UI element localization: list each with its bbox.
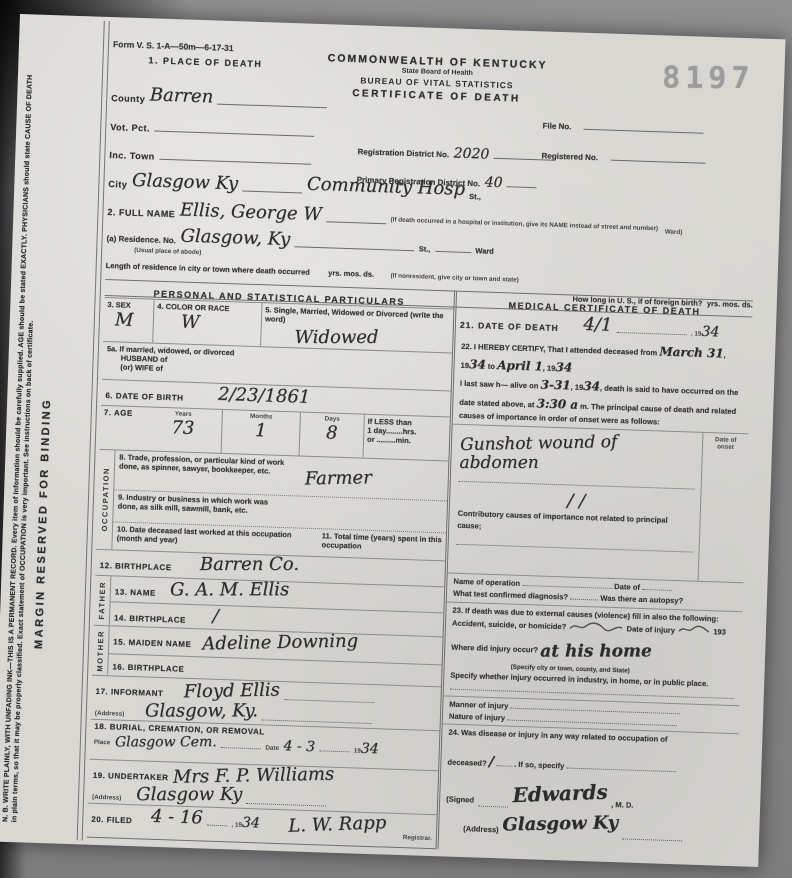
nature-label: Nature of injury xyxy=(449,711,505,722)
residence-line xyxy=(294,246,414,251)
birthplace-value: Barren Co. xyxy=(200,554,299,575)
autopsy-label: Was there an autopsy? xyxy=(600,593,683,605)
filed-year-printed: , 19 xyxy=(231,821,242,828)
father-birthplace-label: 14. BIRTHPLACE xyxy=(114,613,186,624)
industry-label: 9. Industry or business in which work wa… xyxy=(118,493,289,517)
mother-vertical-band: MOTHER xyxy=(92,626,110,676)
color-race-value: W xyxy=(181,312,259,336)
date-of-onset-column: Date of onset xyxy=(698,433,749,582)
inc-town-label: Inc. Town xyxy=(109,150,155,161)
signed-label: (Signed xyxy=(446,793,474,806)
physician-signature: Edwards xyxy=(512,776,608,810)
residence-st-label: St., xyxy=(419,244,431,253)
undertaker-address-dots xyxy=(246,803,326,807)
year19-c: , 19 xyxy=(570,383,583,392)
registration-district-label: Registration District No. xyxy=(357,147,449,159)
illegible-date-scribble xyxy=(677,624,712,641)
dob-label: 6. DATE OF BIRTH xyxy=(105,391,183,403)
age-months-cell: Months 1 xyxy=(222,410,301,456)
inc-town-line xyxy=(159,159,311,165)
accident-label: Accident, suicide, or homicide? xyxy=(452,619,567,632)
filed-date-value: 4 - 16 xyxy=(151,806,204,829)
inc-town-row: Inc. Town xyxy=(109,145,344,171)
trade-label: 8. Trade, profession, or particular kind… xyxy=(119,453,290,477)
ward-paren-label: Ward) xyxy=(665,228,683,236)
vot-pct-row: Vot. Pct. xyxy=(110,117,345,143)
sex-cell: 3. SEX M xyxy=(103,298,154,343)
registered-no-label: Registered No. xyxy=(541,151,598,162)
informant-address-value: Glasgow, Ky. xyxy=(145,700,258,721)
death-time-value: 3:30 a xyxy=(536,396,578,411)
where-label: Where did injury occur? xyxy=(451,643,538,655)
physician-address-label: (Address) xyxy=(463,823,499,836)
informant-dots xyxy=(284,699,374,703)
residence-value: Glasgow, Ky xyxy=(180,225,290,250)
color-race-label: 4. COLOR OR RACE xyxy=(157,302,258,314)
nature-dots xyxy=(507,719,677,726)
informant-address-dots xyxy=(262,719,372,724)
color-race-cell: 4. COLOR OR RACE W xyxy=(153,300,262,347)
attended-from-year: 34 xyxy=(469,357,486,372)
place-of-death-heading: 1. PLACE OF DEATH xyxy=(148,55,262,69)
file-no-label: File No. xyxy=(542,121,571,131)
burial-year-value: 34 xyxy=(361,741,379,758)
age-years-cell: Years 73 xyxy=(144,407,223,453)
attended-to-year: 34 xyxy=(555,360,572,375)
if-less-label-3: or .........min. xyxy=(367,435,446,447)
primary-district-line xyxy=(507,186,537,188)
q24-dots xyxy=(496,765,512,767)
mother-name-label: 15. MAIDEN NAME xyxy=(113,637,191,649)
form-header: Form V. S. 1-A—50m—6-17-31 1. PLACE OF D… xyxy=(105,39,761,300)
binding-margin: N. B. WRITE PLAINLY, WITH UNFADING INK—T… xyxy=(1,74,67,823)
date-injury-label: Date of injury xyxy=(626,625,675,636)
date-of-label: Date of xyxy=(614,582,640,592)
primary-district-label: Primary Registration District No. xyxy=(357,175,481,188)
operation-dots xyxy=(522,585,612,589)
manner-dots xyxy=(510,707,680,714)
mother-name-value: Adeline Downing xyxy=(202,630,358,654)
dob-value: 2/23/1861 xyxy=(218,384,311,408)
registration-district-row: Registration District No. 2020 xyxy=(357,141,554,165)
certify-block: 22. I HEREBY CERTIFY, That I attended de… xyxy=(453,334,752,435)
informant-address-label: (Address) xyxy=(95,710,125,718)
undertaker-address-value: Glasgow Ky xyxy=(136,784,242,805)
occupation-vertical-label: OCCUPATION xyxy=(100,467,111,532)
mother-vertical-label: MOTHER xyxy=(95,630,105,672)
primary-district-value: 40 xyxy=(484,175,502,192)
residence-label: (a) Residence. No. xyxy=(106,234,176,245)
trade-value: Farmer xyxy=(305,467,372,489)
personal-column: PERSONAL AND STATISTICAL PARTICULARS 3. … xyxy=(87,280,454,849)
marital-value: Widowed xyxy=(294,327,449,348)
last-saw-value: 3-31 xyxy=(540,378,570,393)
date-of-dots xyxy=(642,589,672,591)
full-name-label: 2. FULL NAME xyxy=(107,207,175,219)
age-days-value: 8 xyxy=(303,422,361,445)
margin-binding-title: MARGIN RESERVED FOR BINDING xyxy=(27,398,53,819)
father-name-value: G. A. M. Ellis xyxy=(170,579,289,600)
age-label: 7. AGE xyxy=(104,408,142,418)
dod-dots xyxy=(616,332,686,335)
yrs-mos-ds: yrs. mos. ds. xyxy=(328,268,374,279)
if-so-label: . If so, specify xyxy=(514,760,565,771)
filed-label: 20. FILED xyxy=(91,815,132,825)
external-causes-block: 23. If death was due to external causes … xyxy=(444,602,743,706)
q24-label2: deceased? xyxy=(447,757,487,767)
date-of-onset-label-2: onset xyxy=(703,443,748,451)
registration-district-value: 2020 xyxy=(453,145,489,162)
father-vertical-label: FATHER xyxy=(97,581,107,620)
if-less-cell: If LESS than 1 day........hrs. or ......… xyxy=(363,415,449,461)
registered-no-row: Registered No. xyxy=(541,145,751,170)
vot-pct-line xyxy=(154,131,314,137)
to-label: to xyxy=(488,361,495,370)
occupation-block: OCCUPATION 8. Trade, profession, or part… xyxy=(96,450,448,562)
informant-value: Floyd Ellis xyxy=(184,679,281,702)
if-so-dots xyxy=(566,767,676,772)
nonresident-note: (If nonresident, give city or town and s… xyxy=(390,272,519,283)
m-label: m. xyxy=(580,402,589,411)
manner-label: Manner of injury xyxy=(449,699,508,710)
form-number: Form V. S. 1-A—50m—6-17-31 xyxy=(113,39,234,53)
certify-lead: 22. I HEREBY CERTIFY, That I attended de… xyxy=(461,342,657,357)
file-no-line xyxy=(584,129,704,134)
marital-cell: 5. Single, Married, Widowed or Divorced … xyxy=(261,303,453,352)
q24-label: 24. Was disease or injury in any way rel… xyxy=(448,728,667,744)
certificate-stamp-number: 8197 xyxy=(662,61,754,97)
physician-address-dots xyxy=(622,839,682,842)
mother-birthplace-label: 16. BIRTHPLACE xyxy=(112,662,184,673)
cause-of-death-area: Date of onset Gunshot wound of abdomen /… xyxy=(448,425,749,584)
attended-from-value: March 31 xyxy=(659,344,724,360)
filed-year-value: 34 xyxy=(242,815,260,832)
last-saw-year: 34 xyxy=(583,379,600,394)
file-no-row: File No. xyxy=(542,115,752,140)
total-time-label: 11. Total time (years) spent in this occ… xyxy=(317,529,446,559)
last-saw-label: I last saw h— alive on xyxy=(460,379,539,391)
residence-ward-label: Ward xyxy=(475,246,494,256)
physician-address-value: Glasgow Ky xyxy=(503,809,619,839)
birthplace-label: 12. BIRTHPLACE xyxy=(100,561,172,572)
cause-dots-1 xyxy=(459,471,695,490)
full-name-value: Ellis, George W xyxy=(180,199,323,225)
certificate-paper: N. B. WRITE PLAINLY, WITH UNFADING INK—T… xyxy=(0,14,786,867)
age-months-value: 1 xyxy=(225,419,297,442)
last-worked-label: 10. Date deceased last worked at this oc… xyxy=(112,522,318,555)
undertaker-label: 19. UNDERTAKER xyxy=(93,771,169,783)
medical-column: MEDICAL CERTIFICATE OF DEATH 21. DATE OF… xyxy=(436,292,753,860)
filed-dots xyxy=(207,825,227,827)
county-line xyxy=(217,104,327,109)
informant-label: 17. INFORMANT xyxy=(95,687,163,698)
illegible-handwriting-scribble xyxy=(568,620,624,638)
attended-to-value: April 1 xyxy=(497,358,543,374)
undertaker-address-label: (Address) xyxy=(92,794,122,802)
city-value: Glasgow Ky xyxy=(132,170,239,195)
dod-value: 4/1 xyxy=(583,314,613,336)
test-dots xyxy=(570,598,598,600)
county-value: Barren xyxy=(149,84,213,107)
certificate-form: Form V. S. 1-A—50m—6-17-31 1. PLACE OF D… xyxy=(87,39,761,859)
q24-value: / xyxy=(489,754,495,770)
photograph-of-death-certificate: N. B. WRITE PLAINLY, WITH UNFADING INK—T… xyxy=(0,0,792,878)
dod-year-printed: , 19 xyxy=(691,330,702,337)
father-birthplace-value: / xyxy=(212,606,219,627)
dod-label: 21. DATE OF DEATH xyxy=(460,320,559,333)
cause-value-line1: Gunshot wound of xyxy=(460,431,696,456)
sex-value: M xyxy=(115,309,151,331)
injury-year-printed: 193 xyxy=(713,628,726,637)
county-label: County xyxy=(111,93,145,104)
form-body: PERSONAL AND STATISTICAL PARTICULARS 3. … xyxy=(87,279,753,859)
burial-place-value: Glasgow Cem. xyxy=(115,734,217,750)
burial-date-dots xyxy=(319,750,349,752)
father-name-label: 13. NAME xyxy=(115,587,156,597)
city-line xyxy=(242,190,302,193)
burial-date-label: Date xyxy=(265,745,279,752)
operation-label: Name of operation xyxy=(453,577,520,588)
hospital-note: (If death occurred in a hospital or inst… xyxy=(390,217,660,233)
full-name-line xyxy=(326,221,386,224)
city-label: City xyxy=(108,179,127,190)
cause-value-line2: abdomen xyxy=(459,453,695,473)
registrar-signature: L. W. Rapp xyxy=(288,812,387,837)
burial-place-label: Place xyxy=(94,739,111,747)
age-days-cell: Days 8 xyxy=(300,413,365,458)
age-years-value: 73 xyxy=(147,416,219,439)
st-label: St., xyxy=(469,192,481,201)
burial-date-value: 4 - 3 xyxy=(283,738,315,755)
registered-no-line xyxy=(610,160,705,164)
year19-b: , 19 xyxy=(543,363,556,372)
father-vertical-band: FATHER xyxy=(94,576,112,626)
burial-dots xyxy=(221,747,261,749)
ward-line xyxy=(435,251,471,253)
test-label: What test confirmed diagnosis? xyxy=(453,589,568,602)
vot-pct-label: Vot. Pct. xyxy=(110,122,150,133)
occupation-relation-block: 24. Was disease or injury in any way rel… xyxy=(439,725,739,846)
dod-year-value: 34 xyxy=(701,324,719,341)
where-value: at his home xyxy=(540,639,652,666)
age-label-cell: 7. AGE xyxy=(100,406,145,450)
